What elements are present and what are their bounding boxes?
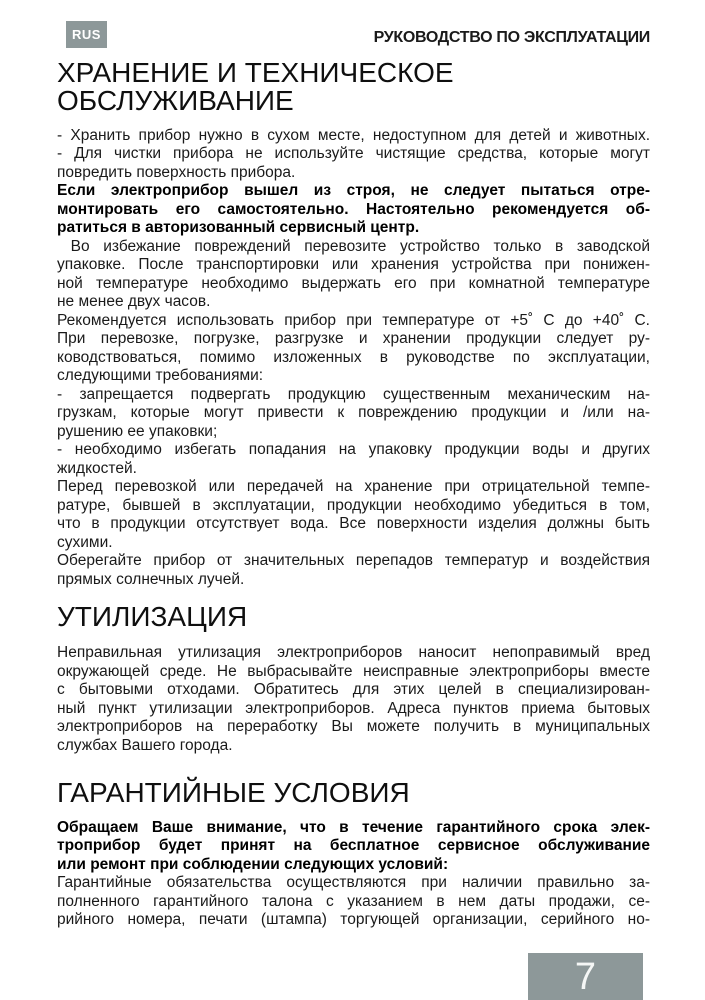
paragraph-bold: Если электроприбор вышел из строя, не сл… xyxy=(57,182,650,238)
page-number-box: 7 xyxy=(528,953,643,1000)
storage-maintenance-text: - Хранить прибор нужно в сухом месте, не… xyxy=(57,127,650,590)
section-title-warranty: ГАРАНТИЙНЫЕ УСЛОВИЯ xyxy=(57,779,650,807)
text-line: - Хранить прибор нужно в сухом месте, не… xyxy=(57,127,650,146)
text-line: Гарантийные обязательства осуществляются… xyxy=(57,874,650,893)
title-line: ОБСЛУЖИВАНИЕ xyxy=(57,87,650,115)
text-line: ной температуре необходимо выдержать его… xyxy=(57,275,650,294)
text-line: монтировать его самостоятельно. Настояте… xyxy=(57,201,650,220)
text-line: прямых солнечных лучей. xyxy=(57,571,650,590)
paragraph: При перевозке, погрузке, разгрузке и хра… xyxy=(57,330,650,386)
text-line: сухими. xyxy=(57,534,650,553)
text-line: Обращаем Ваше внимание, что в течение га… xyxy=(57,819,650,838)
text-line: ратуре, бывшей в эксплуатации, продукции… xyxy=(57,497,650,516)
title-line: ХРАНЕНИЕ И ТЕХНИЧЕСКОЕ xyxy=(57,59,650,87)
warranty-text: Обращаем Ваше внимание, что в течение га… xyxy=(57,819,650,930)
text-line: жидкостей. xyxy=(57,460,650,479)
text-line: окружающей среде. Не выбрасывайте неиспр… xyxy=(57,663,650,682)
paragraph: Перед перевозкой или передачей на хранен… xyxy=(57,478,650,552)
document-title: РУКОВОДСТВО ПО ЭКСПЛУАТАЦИИ xyxy=(374,21,650,47)
text-line: - запрещается подвергать продукцию сущес… xyxy=(57,386,650,405)
paragraph: Во избежание повреждений перевозите устр… xyxy=(57,238,650,312)
text-line: грузкам, которые могут привести к повреж… xyxy=(57,404,650,423)
text-line: Если электроприбор вышел из строя, не сл… xyxy=(57,182,650,201)
text-line: Оберегайте прибор от значительных перепа… xyxy=(57,552,650,571)
paragraph-bold: Обращаем Ваше внимание, что в течение га… xyxy=(57,819,650,875)
title-line: ГАРАНТИЙНЫЕ УСЛОВИЯ xyxy=(57,779,650,807)
text-line: электроприборов на переработку Вы можете… xyxy=(57,718,650,737)
text-line: повредить поверхность прибора. xyxy=(57,164,650,183)
section-title-storage-maintenance: ХРАНЕНИЕ И ТЕХНИЧЕСКОЕОБСЛУЖИВАНИЕ xyxy=(57,59,650,115)
paragraph: - необходимо избегать попадания на упако… xyxy=(57,441,650,478)
paragraph: - Хранить прибор нужно в сухом месте, не… xyxy=(57,127,650,146)
text-line: ный пункт утилизации электроприборов. Ад… xyxy=(57,700,650,719)
title-line: УТИЛИЗАЦИЯ xyxy=(57,603,650,631)
language-badge: RUS xyxy=(66,21,107,48)
text-line: Рекомендуется использовать прибор при те… xyxy=(57,312,650,331)
disposal-text: Неправильная утилизация электроприборов … xyxy=(57,644,650,755)
text-line: не менее двух часов. xyxy=(57,293,650,312)
paragraph: Рекомендуется использовать прибор при те… xyxy=(57,312,650,331)
text-line: что в продукции отсутствует вода. Все по… xyxy=(57,515,650,534)
text-line: - Для чистки прибора не используйте чист… xyxy=(57,145,650,164)
text-line: рийного номера, печати (штампа) торгующе… xyxy=(57,911,650,930)
text-line: или ремонт при соблюдении следующих усло… xyxy=(57,856,650,875)
text-line: службах Вашего города. xyxy=(57,737,650,756)
page-number: 7 xyxy=(575,958,596,996)
text-line: ководствоваться, помимо изложенных в рук… xyxy=(57,349,650,368)
paragraph: Оберегайте прибор от значительных перепа… xyxy=(57,552,650,589)
text-line: троприбор будет принят на бесплатное сер… xyxy=(57,837,650,856)
text-line: с бытовыми отходами. Обратитесь для этих… xyxy=(57,681,650,700)
text-line: рушению ее упаковки; xyxy=(57,423,650,442)
paragraph: - запрещается подвергать продукцию сущес… xyxy=(57,386,650,442)
text-line: Во избежание повреждений перевозите устр… xyxy=(57,238,650,257)
text-line: упаковке. После транспортировки или хран… xyxy=(57,256,650,275)
text-line: Неправильная утилизация электроприборов … xyxy=(57,644,650,663)
text-line: следующими требованиями: xyxy=(57,367,650,386)
text-line: полненного гарантийного талона с указани… xyxy=(57,893,650,912)
paragraph: - Для чистки прибора не используйте чист… xyxy=(57,145,650,182)
paragraph: Неправильная утилизация электроприборов … xyxy=(57,644,650,755)
paragraph: Гарантийные обязательства осуществляются… xyxy=(57,874,650,930)
text-line: Перед перевозкой или передачей на хранен… xyxy=(57,478,650,497)
manual-page: RUS РУКОВОДСТВО ПО ЭКСПЛУАТАЦИИ ХРАНЕНИЕ… xyxy=(0,0,705,1000)
text-line: - необходимо избегать попадания на упако… xyxy=(57,441,650,460)
page-header: RUS РУКОВОДСТВО ПО ЭКСПЛУАТАЦИИ xyxy=(57,0,650,48)
text-line: ратиться в авторизованный сервисный цент… xyxy=(57,219,650,238)
section-title-disposal: УТИЛИЗАЦИЯ xyxy=(57,603,650,631)
text-line: При перевозке, погрузке, разгрузке и хра… xyxy=(57,330,650,349)
